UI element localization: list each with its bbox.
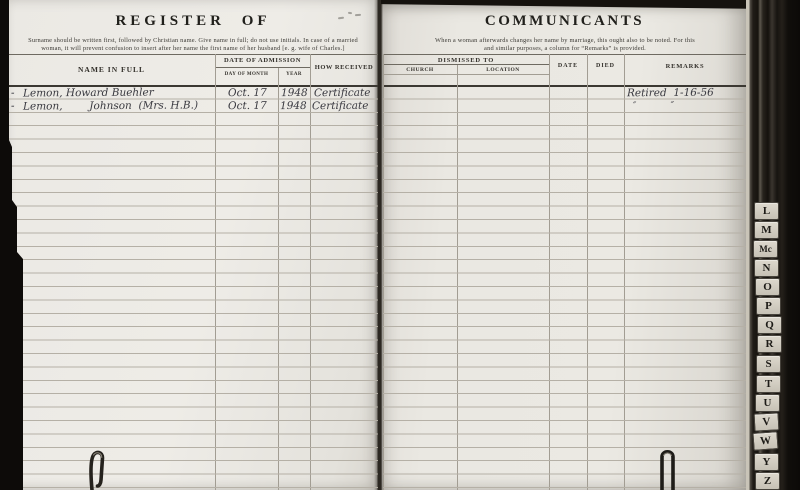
index-tab-r: R (757, 335, 782, 353)
entry2-name: Lemon, Johnson (Mrs. H.B.) (23, 99, 198, 112)
entry1-marginal-mark: - (11, 87, 15, 99)
index-tab-n: N (754, 259, 779, 277)
index-tab-v: V (754, 412, 780, 431)
admission-underline (215, 67, 310, 68)
index-tab-y: Y (754, 453, 779, 471)
dismissed-underline (383, 64, 549, 65)
entry1-how-received: Certificate (314, 86, 371, 98)
index-tab-o: O (755, 278, 780, 296)
right-ruled-rows (383, 86, 746, 490)
index-tab-w: W (752, 431, 778, 451)
prong-fastener-right-icon (653, 444, 681, 490)
col-name-in-full: NAME IN FULL (8, 65, 215, 74)
left-ruled-rows (8, 86, 378, 490)
right-header-top-rule (383, 54, 746, 55)
col-remarks: REMARKS (624, 63, 746, 70)
register-book-scan: REGISTER OF Surname should be written fi… (0, 0, 800, 490)
right-page-title: COMMUNICANTS (383, 13, 746, 30)
col-day-of-month: DAY OF MONTH (215, 72, 278, 77)
entry2-remarks-ditto: ″ ″ (633, 101, 674, 111)
right-page-instructions-line1: When a woman afterwards changes her name… (420, 37, 710, 45)
index-tab-q: Q (757, 316, 782, 334)
col-year: YEAR (278, 72, 310, 77)
index-tab-m: M (754, 221, 779, 239)
entry2-how-received: Certificate (312, 99, 369, 111)
index-tab-mc: Mc (753, 240, 778, 258)
index-tab-t: T (756, 375, 781, 393)
col-date: DATE (549, 63, 587, 69)
col-dismissed-to: DISMISSED TO (383, 57, 549, 64)
entry2-marginal-mark: - (11, 100, 15, 112)
index-tab-p: P (756, 297, 781, 315)
entry1-remarks: Retired 1-16-56 (627, 86, 714, 99)
entry1-name: Lemon, Howard Buehler (23, 86, 154, 99)
entry2-year: 1948 (280, 99, 307, 111)
prong-fastener-left-icon (84, 448, 110, 490)
col-church: CHURCH (383, 67, 457, 73)
entry2-day: Oct. 17 (228, 100, 267, 112)
left-page-instructions-line2: woman, it will prevent confusion to inse… (28, 45, 358, 53)
col-died: DIED (587, 63, 624, 69)
index-tab-l: L (754, 202, 779, 220)
col-date-of-admission: DATE OF ADMISSION (215, 57, 310, 64)
col-how-received: HOW RECEIVED (310, 64, 378, 71)
index-tab-s: S (756, 355, 781, 373)
col-location: LOCATION (457, 67, 549, 73)
church-location-underline (383, 74, 549, 75)
entry1-year: 1948 (281, 86, 308, 98)
index-tab-z: Z (755, 472, 780, 490)
right-page-instructions-line2: and similar purposes, a column for “Rema… (420, 45, 710, 53)
left-page-instructions-line1: Surname should be written first, followe… (28, 37, 358, 45)
entry1-day: Oct. 17 (228, 87, 267, 99)
index-tab-u: U (755, 394, 780, 412)
left-page-title: REGISTER OF (8, 13, 378, 30)
left-header-top-rule (8, 54, 378, 55)
pencil-marks (336, 9, 366, 21)
